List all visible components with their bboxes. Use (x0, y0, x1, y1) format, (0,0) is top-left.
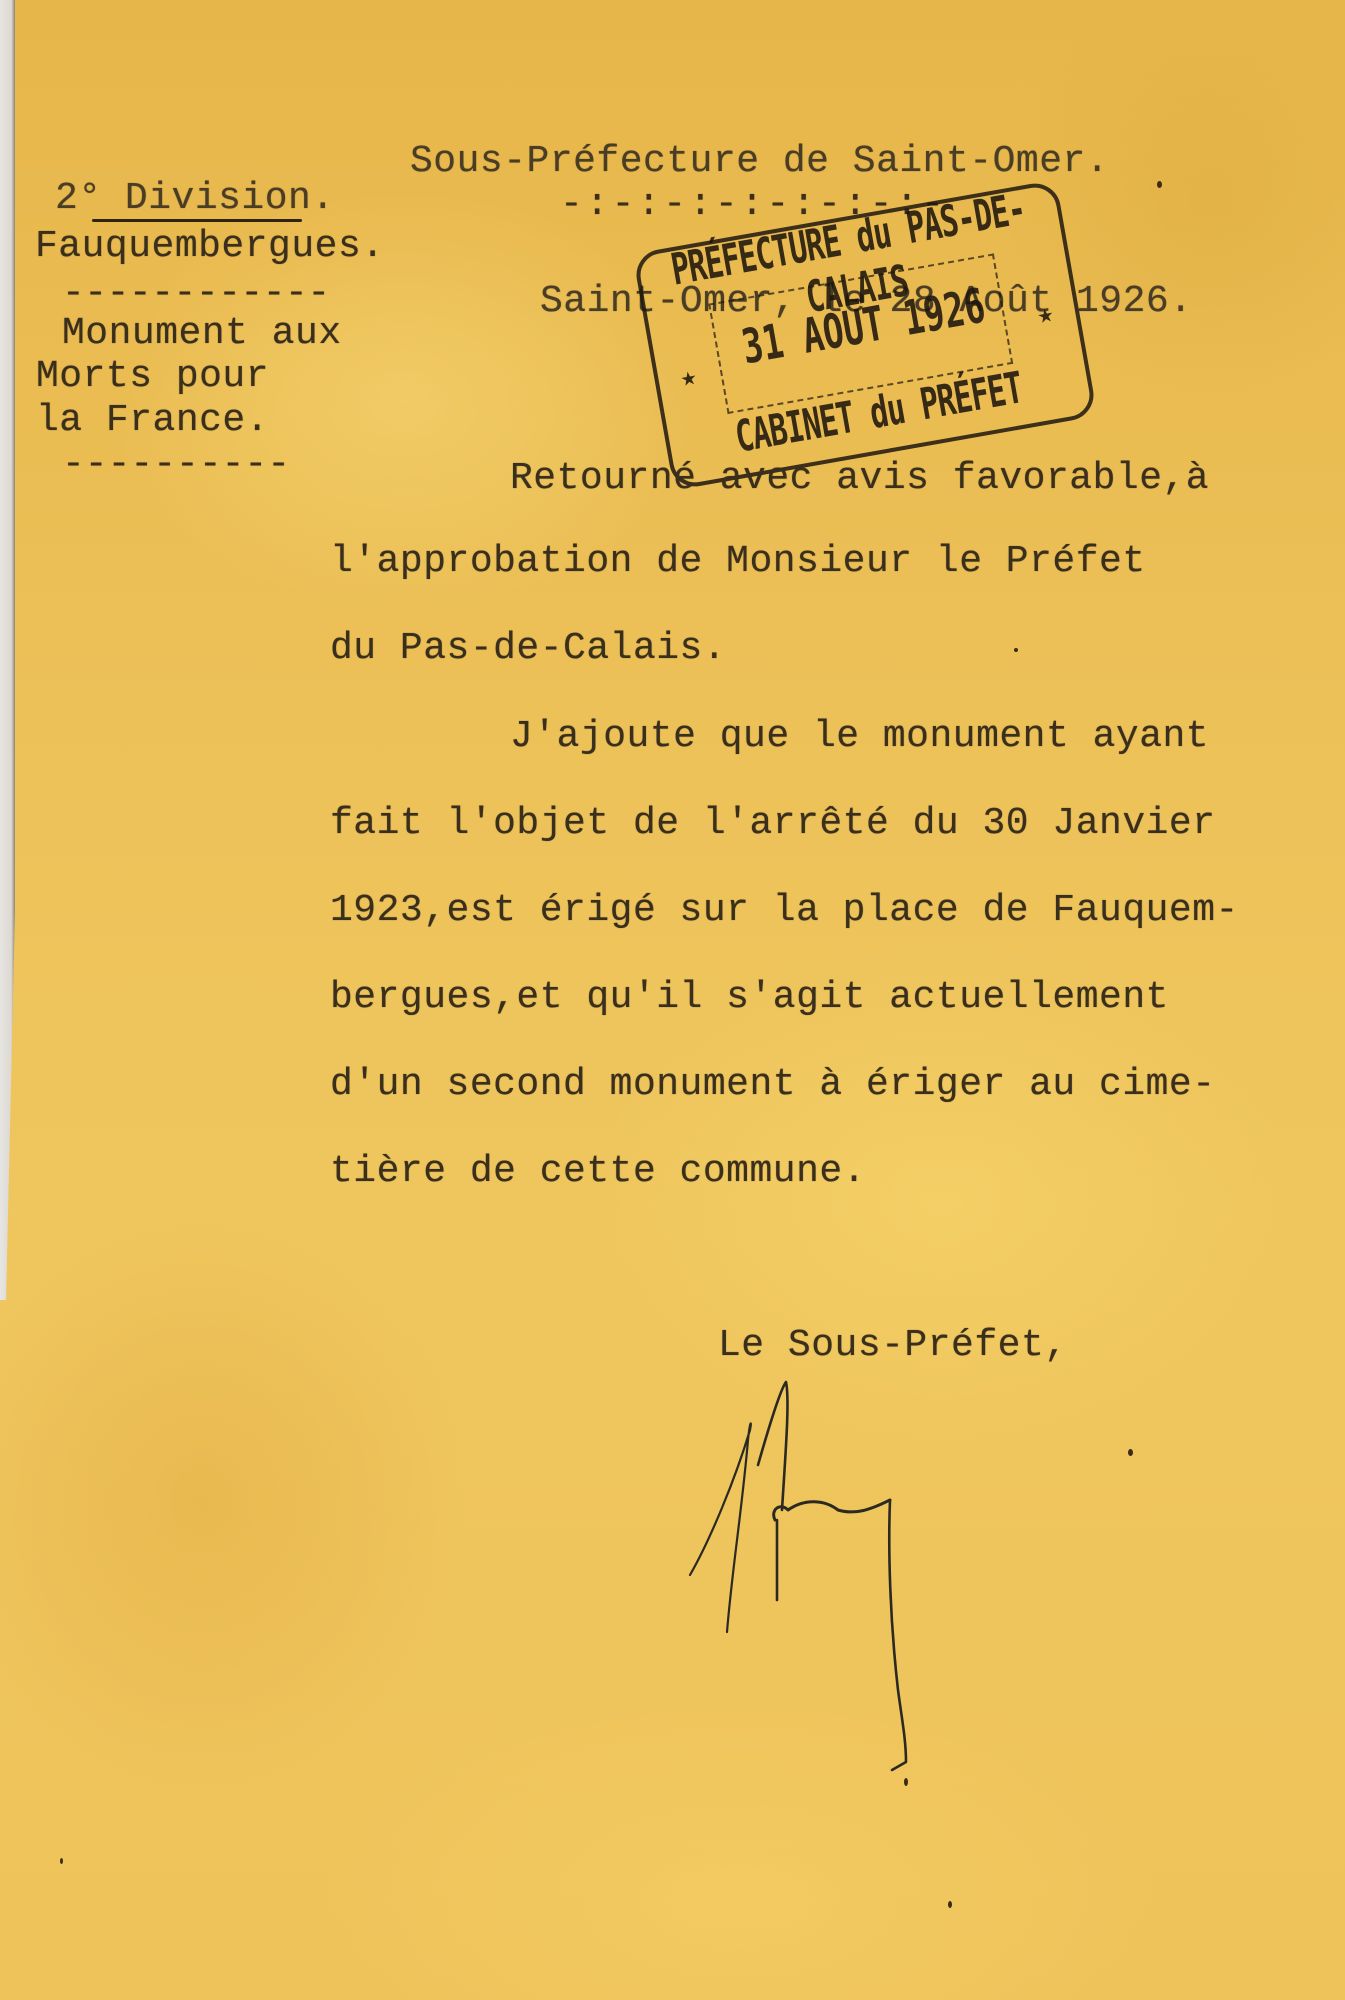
ink-speck (1157, 181, 1162, 188)
office-title: Sous-Préfecture de Saint-Omer. (410, 143, 1109, 181)
body-line: J'ajoute que le monument ayant (510, 718, 1209, 756)
subject-line-2: Morts pour (36, 358, 269, 396)
body-line: l'approbation de Monsieur le Préfet (330, 543, 1146, 581)
division-underline (92, 219, 302, 222)
left-separator-2: ---------- (62, 446, 290, 484)
ink-speck (904, 1778, 908, 1786)
body-line: du Pas-de-Calais. (330, 630, 726, 668)
ink-speck (1014, 648, 1018, 652)
subject-line-3: la France. (36, 402, 269, 440)
ink-speck (60, 1858, 63, 1864)
body-line: d'un second monument à ériger au cime- (330, 1066, 1216, 1104)
body-line: bergues,et qu'il s'agit actuellement (330, 979, 1169, 1017)
left-separator-1: ------------ (62, 275, 330, 313)
body-line: fait l'objet de l'arrêté du 30 Janvier (330, 805, 1216, 843)
subject-line-1: Monument aux (62, 315, 342, 353)
body-line: tière de cette commune. (330, 1153, 866, 1191)
division-label: 2° Division. (55, 180, 335, 218)
commune-label: Fauquembergues. (35, 228, 385, 266)
ink-speck (948, 1901, 952, 1908)
handwritten-signature (680, 1370, 940, 1790)
ink-speck (1128, 1449, 1133, 1456)
body-line: Retourné avec avis favorable,à (510, 460, 1209, 498)
signatory-title: Le Sous-Préfet, (718, 1327, 1068, 1365)
body-line: 1923,est érigé sur la place de Fauquem- (330, 892, 1239, 930)
